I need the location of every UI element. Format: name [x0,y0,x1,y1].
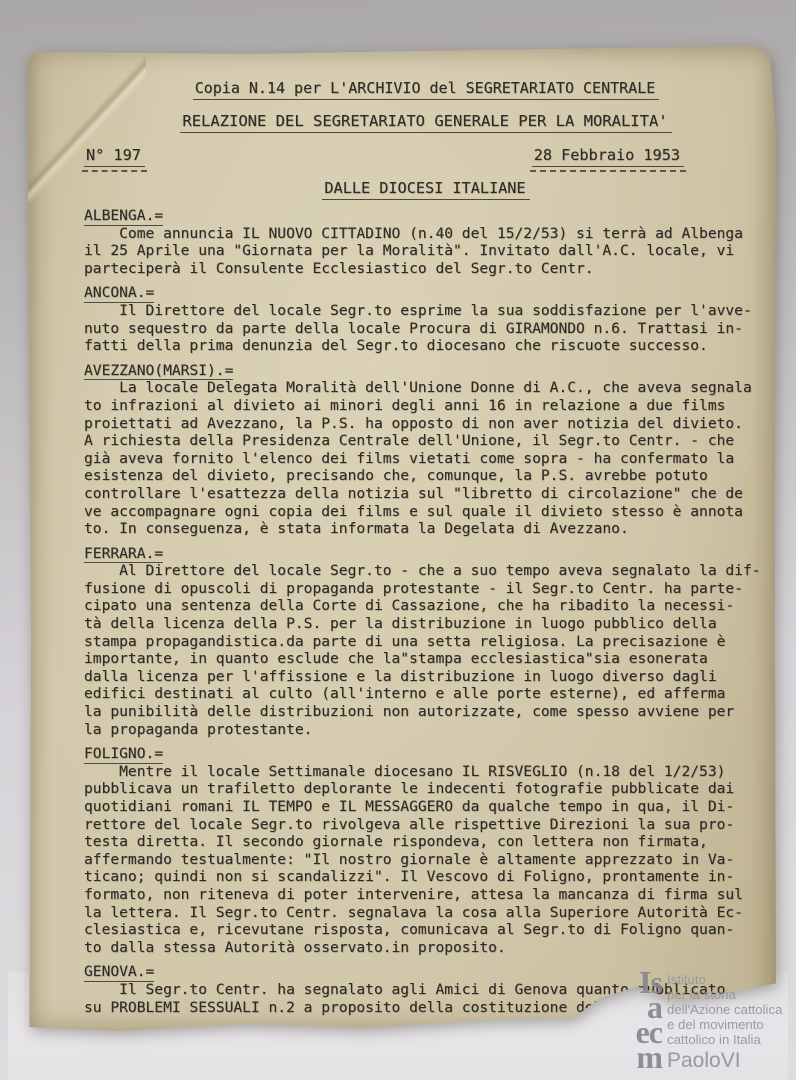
watermark-paolovi-label: PaoloVI [667,1048,782,1073]
text-line: la propaganda protestante. [84,721,768,739]
text-line: tà della licenza della P.S. per la distr… [84,615,768,633]
text-line: fatti della prima denunzia del Segr.to d… [84,337,768,355]
text-line: già aveva fornito l'elenco dei films vie… [84,450,768,468]
isacem-logo-letters: m [604,1045,662,1070]
document-title-row: RELAZIONE DEL SEGRETARIATO GENERALE PER … [84,112,768,133]
sections-container: ALBENGA.= Come annuncia IL NUOVO CITTADI… [84,207,768,1016]
document-title: RELAZIONE DEL SEGRETARIATO GENERALE PER … [180,112,671,133]
section-heading-label: ANCONA.= [84,284,154,303]
isacem-watermark-text: Istitutoper la storiadell'Azione cattoli… [667,970,782,1073]
text-line: pubblicava un trafiletto deplorante le i… [84,780,768,798]
text-line: nuto sequestro da parte della locale Pro… [84,320,768,338]
archive-copy-line: Copia N.14 per L'ARCHIVIO del SEGRETARIA… [193,79,660,100]
number-date-row: N° 197 28 Febbraio 1953 [84,146,768,167]
text-line: rettore del locale Segr.to rivolgeva all… [84,816,768,834]
text-line: testa diretta. Il secondo giornale rispo… [84,833,768,851]
document-date: 28 Febbraio 1953 [532,146,684,167]
watermark-text-line: per la storia [667,987,782,1002]
text-line: clesiastica e, ricevutane risposta, comu… [84,921,768,939]
section-heading-label: FERRARA.= [84,545,163,564]
section-heading-label: FOLIGNO.= [84,745,163,764]
text-line: ve accompagnare ogni copia dei films e s… [84,503,768,521]
diocese-section: AVEZZANO(MARSI).= La locale Delegata Mor… [84,362,768,538]
archive-copy-row: Copia N.14 per L'ARCHIVIO del SEGRETARIA… [84,79,768,100]
text-line: esistenza del divieto, precisando che, c… [84,467,768,485]
text-line: Come annuncia IL NUOVO CITTADINO (n.40 d… [84,225,768,243]
document-subtitle-row: DALLE DIOCESI ITALIANE [84,179,768,200]
text-line: proiettati ad Avezzano, la P.S. ha oppos… [84,415,768,433]
section-heading-label: ALBENGA.= [84,207,163,226]
diocese-section: FOLIGNO.= Mentre il locale Settimanale d… [84,745,768,956]
section-heading: FOLIGNO.= [84,745,768,763]
watermark-text-line: cattolico in Italia [667,1032,782,1047]
text-line: Al Direttore del locale Segr.to - che a … [84,562,768,580]
text-line: fusione di opuscoli di propaganda protes… [84,580,768,598]
text-line: importante, in quanto esclude che la"sta… [84,650,768,668]
text-line: to dalla stessa Autorità osservato.in pr… [84,939,768,957]
diocese-section: FERRARA.= Al Direttore del locale Segr.t… [84,545,768,739]
text-line: controllare l'esattezza della notizia su… [84,485,768,503]
paper-wrapper: Copia N.14 per L'ARCHIVIO del SEGRETARIA… [0,0,796,1080]
watermark-text-line: Istituto [667,972,782,987]
text-line: to infrazioni al divieto ai minori degli… [84,397,768,415]
document-subtitle: DALLE DIOCESI ITALIANE [322,179,529,200]
section-heading: ANCONA.= [84,284,768,302]
document-number: N° 197 [84,146,145,167]
section-heading-label: AVEZZANO(MARSI).= [84,362,233,381]
watermark-text-line: e del movimento [667,1017,782,1032]
section-heading: ALBENGA.= [84,207,768,225]
text-line: Il Direttore del locale Segr.to esprime … [84,302,768,320]
text-line: Mentre il locale Settimanale diocesano I… [84,763,768,781]
text-line: edifici destinati al culto (all'interno … [84,685,768,703]
text-line: la lettera. Il Segr.to Centr. segnalava … [84,904,768,922]
text-line: stampa propagandistica.da parte di una s… [84,633,768,651]
text-line: formato, non riteneva di poter interveni… [84,886,768,904]
text-line: parteciperà il Consulente Ecclesiastico … [84,260,768,278]
diocese-section: ANCONA.= Il Direttore del locale Segr.to… [84,284,768,354]
text-line: dalla licenza per l'affissione e la dist… [84,668,768,686]
text-line: La locale Delegata Moralità dell'Unione … [84,379,768,397]
section-heading: FERRARA.= [84,545,768,563]
text-line: ticano; quindi non si scandalizzi". Il V… [84,868,768,886]
text-line: la punibilità delle distribuzioni non au… [84,703,768,721]
document-content: Copia N.14 per L'ARCHIVIO del SEGRETARIA… [28,45,776,1016]
isacem-watermark: Isaecm Istitutoper la storiadell'Azione … [604,970,796,1073]
text-line: A richiesta della Presidenza Centrale de… [84,432,768,450]
section-heading: AVEZZANO(MARSI).= [84,362,768,380]
section-heading-label: GENOVA.= [84,963,154,982]
document-page: Copia N.14 per L'ARCHIVIO del SEGRETARIA… [28,45,776,1037]
text-line: quotidiani romani IL TEMPO e IL MESSAGGE… [84,798,768,816]
isacem-logo: Isaecm [604,970,662,1073]
text-line: cipato una sentenza della Corte di Cassa… [84,597,768,615]
text-line: il 25 Aprile una "Giornata per la Morali… [84,242,768,260]
text-line: affermando testualmente: "Il nostro gior… [84,851,768,869]
diocese-section: ALBENGA.= Come annuncia IL NUOVO CITTADI… [84,207,768,277]
watermark-text-line: dell'Azione cattolica [667,1002,782,1017]
photo-backdrop: Copia N.14 per L'ARCHIVIO del SEGRETARIA… [0,0,796,1080]
text-line: to. In conseguenza, è stata informata la… [84,520,768,538]
